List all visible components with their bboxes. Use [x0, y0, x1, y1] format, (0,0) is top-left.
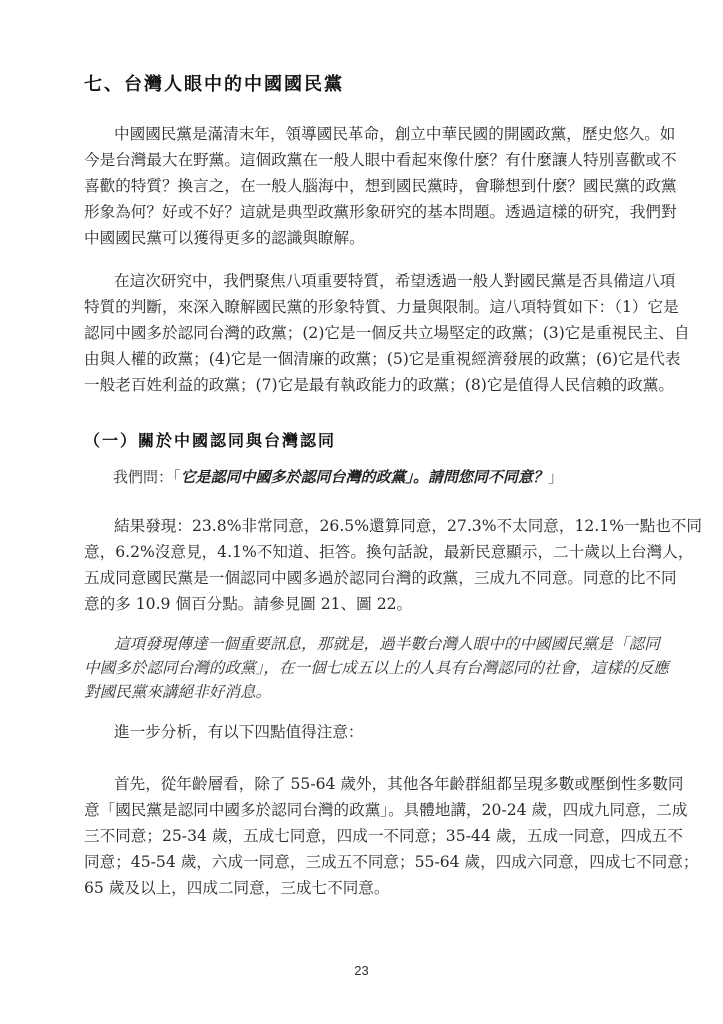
text-line: 這項發現傳達一個重要訊息，那就是，過半數台灣人眼中的中國國民黨是「認同	[84, 632, 650, 656]
text-line: 喜歡的特質？換言之，在一般人腦海中，想到國民黨時，會聯想到什麼？國民黨的政黨	[84, 173, 650, 199]
subsection-title: （一）關於中國認同與台灣認同	[84, 428, 336, 451]
section-title: 七、台灣人眼中的中國國民黨	[84, 70, 344, 96]
text-line: 形象為何？好或不好？這就是典型政黨形象研究的基本問題。透過這樣的研究，我們對	[84, 199, 650, 225]
text-line: 三不同意；25-34 歲，五成七同意，四成一不同意；35-44 歲，五成一同意，…	[84, 823, 650, 849]
question-prefix: 我們問：「	[113, 468, 181, 486]
text-line: 由與人權的政黨；(4)它是一個清廉的政黨；(5)它是重視經濟發展的政黨；(6)它…	[84, 346, 650, 372]
page-number: 23	[0, 963, 723, 978]
intro-paragraph: 中國國民黨是滿清末年，領導國民革命，創立中華民國的開國政黨，歷史悠久。如 今是台…	[84, 121, 650, 251]
traits-paragraph: 在這次研究中，我們聚焦八項重要特質，希望透過一般人對國民黨是否具備這八項 特質的…	[84, 268, 650, 398]
question-suffix: 」	[548, 468, 563, 486]
first-point-paragraph: 首先，從年齡層看，除了 55-64 歲外，其他各年齡群組都呈現多數或壓倒性多數同…	[84, 771, 650, 901]
text-line: 意，6.2%沒意見，4.1%不知道、拒答。換句話說，最新民意顯示，二十歲以上台灣…	[84, 539, 650, 565]
further-analysis-paragraph: 進一步分析，有以下四點值得注意：	[84, 719, 650, 745]
text-line: 65 歲及以上，四成二同意，三成七不同意。	[84, 875, 650, 901]
text-line: 今是台灣最大在野黨。這個政黨在一般人眼中看起來像什麼？有什麼讓人特別喜歡或不	[84, 147, 650, 173]
survey-question: 我們問：「它是認同中國多於認同台灣的政黨」。請問您同不同意？」	[113, 466, 563, 487]
text-line: 中國國民黨是滿清末年，領導國民革命，創立中華民國的開國政黨，歷史悠久。如	[84, 121, 650, 147]
text-line: 結果發現：23.8%非常同意，26.5%還算同意，27.3%不太同意，12.1%…	[84, 513, 650, 539]
text-line: 認同中國多於認同台灣的政黨；(2)它是一個反共立場堅定的政黨；(3)它是重視民主…	[84, 320, 650, 346]
text-line: 進一步分析，有以下四點值得注意：	[84, 719, 650, 745]
text-line: 中國多於認同台灣的政黨」，在一個七成五以上的人具有台灣認同的社會，這樣的反應	[84, 656, 650, 680]
text-line: 五成同意國民黨是一個認同中國多過於認同台灣的政黨，三成九不同意。同意的比不同	[84, 565, 650, 591]
text-line: 對國民黨來講絕非好消息。	[84, 680, 650, 704]
text-line: 同意；45-54 歲，六成一同意，三成五不同意；55-64 歲，四成六同意，四成…	[84, 849, 650, 875]
text-line: 在這次研究中，我們聚焦八項重要特質，希望透過一般人對國民黨是否具備這八項	[84, 268, 650, 294]
results-paragraph: 結果發現：23.8%非常同意，26.5%還算同意，27.3%不太同意，12.1%…	[84, 513, 650, 617]
question-text: 它是認同中國多於認同台灣的政黨」。請問您同不同意？	[181, 468, 549, 486]
document-page: 七、台灣人眼中的中國國民黨 中國國民黨是滿清末年，領導國民革命，創立中華民國的開…	[0, 0, 723, 1024]
implication-paragraph: 這項發現傳達一個重要訊息，那就是，過半數台灣人眼中的中國國民黨是「認同 中國多於…	[84, 632, 650, 704]
text-line: 一般老百姓利益的政黨；(7)它是最有執政能力的政黨；(8)它是值得人民信賴的政黨…	[84, 372, 650, 398]
text-line: 意的多 10.9 個百分點。請參見圖 21、圖 22。	[84, 591, 650, 617]
text-line: 首先，從年齡層看，除了 55-64 歲外，其他各年齡群組都呈現多數或壓倒性多數同	[84, 771, 650, 797]
text-line: 意「國民黨是認同中國多於認同台灣的政黨」。具體地講，20-24 歲，四成九同意，…	[84, 797, 650, 823]
text-line: 中國國民黨可以獲得更多的認識與瞭解。	[84, 225, 650, 251]
text-line: 特質的判斷，來深入瞭解國民黨的形象特質、力量與限制。這八項特質如下：（1）它是	[84, 294, 650, 320]
